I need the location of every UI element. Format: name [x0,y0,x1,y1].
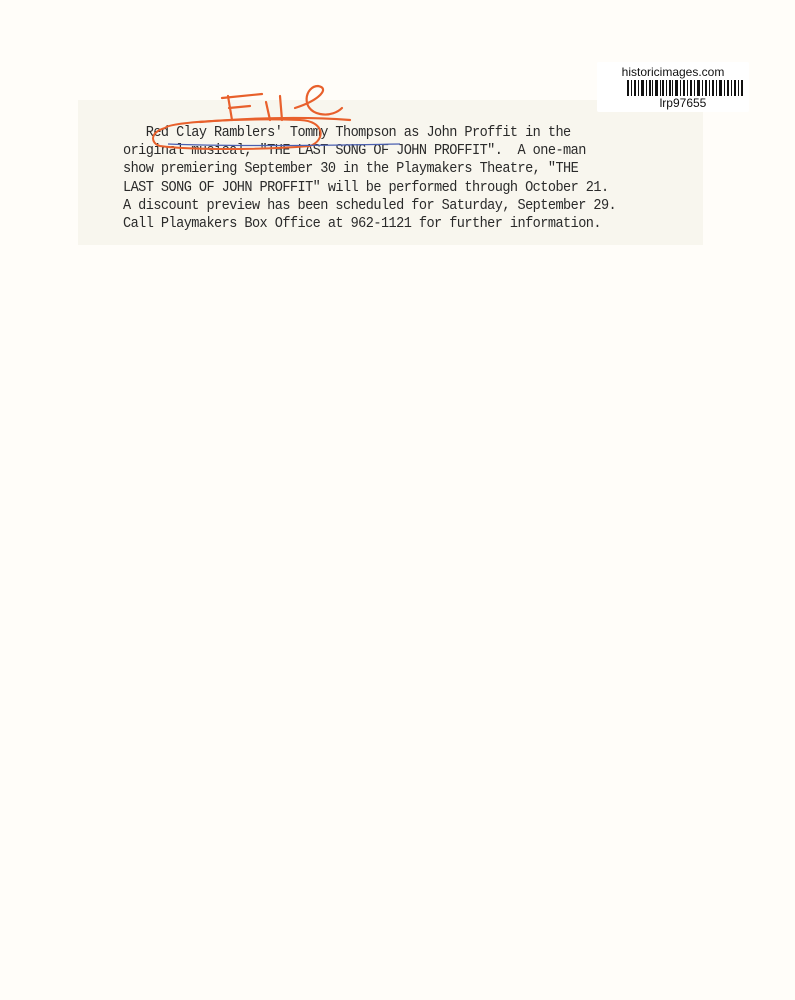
caption-line: show premiering September 30 in the Play… [123,160,644,178]
barcode-icon [627,80,745,96]
archive-label: historicimages.com lrp97655 [597,62,749,112]
caption-line: original musical, "THE LAST SONG OF JOHN… [123,142,644,160]
label-id: lrp97655 [597,96,749,110]
caption-text: Red Clay Ramblers' Tommy Thompson as Joh… [123,124,683,233]
caption-slip: Red Clay Ramblers' Tommy Thompson as Joh… [78,100,703,245]
label-site: historicimages.com [597,65,749,79]
caption-line: LAST SONG OF JOHN PROFFIT" will be perfo… [123,179,644,197]
caption-line: Red Clay Ramblers' Tommy Thompson as Joh… [123,124,644,142]
caption-line: A discount preview has been scheduled fo… [123,197,644,215]
caption-line: Call Playmakers Box Office at 962-1121 f… [123,215,644,233]
